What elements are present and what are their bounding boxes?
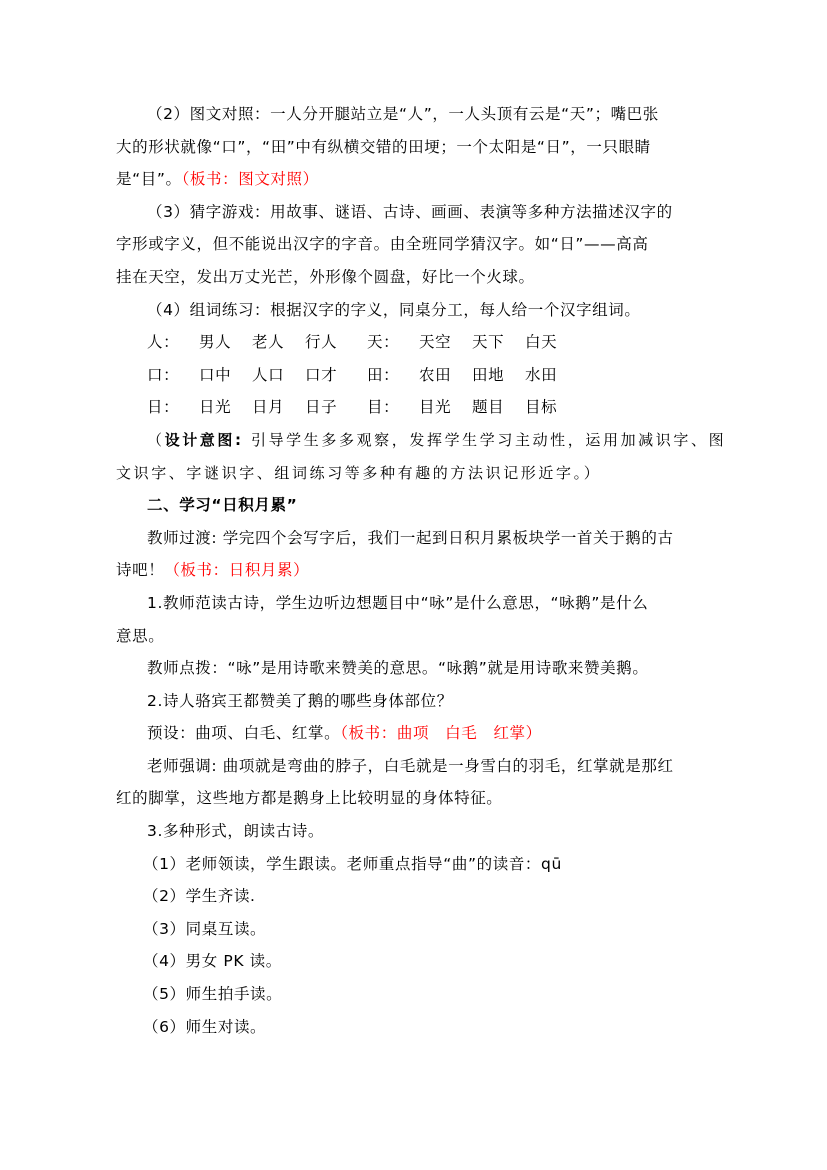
paragraph-transition-line2: 诗吧！（板书：日积月累） [116,554,702,587]
paragraph-item4-line1: （4）组词练习：根据汉字的字义，同桌分工，每人给一个汉字组词。 [116,294,702,327]
word-group-char: 口： [147,359,199,392]
read-mode-item: （4）男女 PK 读。 [116,945,702,978]
paragraph-item2-line2: 大的形状就像“口”，“田”中有纵横交错的田埂；一个太阳是“日”，一只眼睛 [116,131,702,164]
paragraph-text: 是“目”。 [116,170,182,188]
word: 口才 [305,359,358,392]
word-group-row: 人： 男人 老人 行人 天： 天空 天下 白天 [116,326,702,359]
paragraph-step2: 2.诗人骆宾王都赞美了鹅的哪些身体部位？ [116,685,702,718]
paragraph-step3: 3.多种形式，朗读古诗。 [116,815,702,848]
paragraph-emphasis-line2: 红的脚掌，这些地方都是鹅身上比较明显的身体特征。 [116,782,702,815]
paragraph-item3-line1: （3）猜字游戏：用故事、谜语、古诗、画画、表演等多种方法描述汉字的 [116,196,702,229]
paragraph-step1-line2: 意思。 [116,620,702,653]
word-group-char: 天： [367,326,419,359]
paragraph-text: 诗吧！ [116,561,164,579]
paragraph-step1-line1: 1.教师范读古诗，学生边听边想题目中“咏”是什么意思，“咏鹅”是什么 [116,587,702,620]
word: 日光 [199,391,252,424]
document-page: （2）图文对照：一人分开腿站立是“人”，一人头顶有云是“天”；嘴巴张 大的形状就… [116,98,702,1043]
read-mode-item: （5）师生拍手读。 [116,978,702,1011]
section-heading: 二、学习“日积月累” [116,489,702,522]
board-note: （板书：日积月累） [164,561,309,579]
design-intent-line1: （设计意图: 引导学生多多观察，发挥学生学习主动性，运用加减识字、图 [116,424,702,457]
design-intent-label: 设计意图: [165,431,244,449]
paragraph-transition-line1: 教师过渡: 学完四个会写字后，我们一起到日积月累板块学一首关于鹅的古 [116,522,702,555]
paragraph-item3-line3: 挂在天空，发出万丈光芒，外形像个圆盘，好比一个火球。 [116,261,702,294]
word: 田地 [472,359,525,392]
word-group-left: 口： 口中 人口 口才 [147,359,367,392]
word: 目标 [525,391,578,424]
word-group-char: 田： [367,359,419,392]
word: 口中 [199,359,252,392]
word: 农田 [419,359,472,392]
word: 天空 [419,326,472,359]
word-group-char: 日： [147,391,199,424]
board-note: （板书：曲项 白毛 红掌） [340,724,542,742]
word: 题目 [472,391,525,424]
word-group-char: 人： [147,326,199,359]
read-mode-item: （2）学生齐读. [116,880,702,913]
word: 日月 [252,391,305,424]
read-mode-item: （3）同桌互读。 [116,913,702,946]
design-intent-line2: 文识字、字谜识字、组词练习等多种有趣的方法识记形近字。） [116,457,702,490]
word-group-row: 日： 日光 日月 日子 目： 目光 题目 目标 [116,391,702,424]
design-intent-text: 引导学生多多观察，发挥学生学习主动性，运用加减识字、图 [244,431,727,449]
word: 男人 [199,326,252,359]
word-group-char: 目： [367,391,419,424]
word: 白天 [525,326,578,359]
paragraph-hint: 教师点拨：“咏”是用诗歌来赞美的意思。“咏鹅”就是用诗歌来赞美鹅。 [116,652,702,685]
word: 日子 [305,391,358,424]
word-group-right: 天： 天空 天下 白天 [367,326,587,359]
word: 人口 [252,359,305,392]
paragraph-item3-line2: 字形或字义，但不能说出汉字的字音。由全班同学猜汉字。如“日”——高高 [116,228,702,261]
design-intent-open: （ [147,431,165,449]
word: 老人 [252,326,305,359]
word-group-right: 目： 目光 题目 目标 [367,391,587,424]
word-group-row: 口： 口中 人口 口才 田： 农田 田地 水田 [116,359,702,392]
word: 水田 [525,359,578,392]
word: 目光 [419,391,472,424]
paragraph-preset: 预设：曲项、白毛、红掌。（板书：曲项 白毛 红掌） [116,717,702,750]
word-group-left: 人： 男人 老人 行人 [147,326,367,359]
word: 天下 [472,326,525,359]
read-mode-item: （1）老师领读，学生跟读。老师重点指导“曲”的读音：qū [116,848,702,881]
word: 行人 [305,326,358,359]
board-note: （板书：图文对照） [182,170,319,188]
word-group-right: 田： 农田 田地 水田 [367,359,587,392]
paragraph-emphasis-line1: 老师强调: 曲项就是弯曲的脖子，白毛就是一身雪白的羽毛，红掌就是那红 [116,750,702,783]
paragraph-item2-line3: 是“目”。（板书：图文对照） [116,163,702,196]
paragraph-text: 预设：曲项、白毛、红掌。 [147,724,340,742]
paragraph-item2-line1: （2）图文对照：一人分开腿站立是“人”，一人头顶有云是“天”；嘴巴张 [116,98,702,131]
read-mode-item: （6）师生对读。 [116,1011,702,1044]
word-group-left: 日： 日光 日月 日子 [147,391,367,424]
